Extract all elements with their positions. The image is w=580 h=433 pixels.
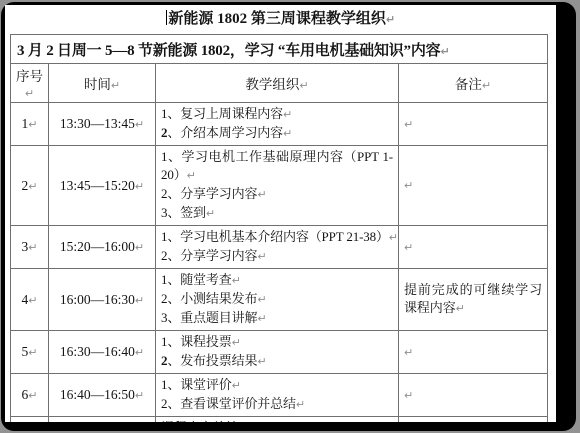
table-row: 6↵16:40—16:50↵1、课堂评价↵2、查看课堂评价并总结↵↵ — [11, 374, 548, 417]
table-row: 7↵16:50—17:00↵课程内容总结↵↵ — [11, 417, 548, 423]
text-line: 2、分享学习内容↵ — [161, 247, 393, 266]
paragraph-mark-icon: ↵ — [28, 241, 37, 254]
header-label: 序号 — [16, 69, 43, 84]
subtitle-text: 3 月 2 日周一 5—8 节新能源 1802，学习 “车用电机基础知识”内容 — [17, 43, 440, 59]
cell-time[interactable]: 13:30—13:45↵ — [49, 103, 156, 146]
text-line: 3、签到↵ — [161, 204, 393, 223]
text-line: 2、发布投票结果↵ — [161, 352, 393, 371]
text-line: 2、分享学习内容↵ — [161, 185, 393, 204]
paragraph-mark-icon: ↵ — [456, 302, 465, 315]
subtitle-cell[interactable]: 3 月 2 日周一 5—8 节新能源 1802，学习 “车用电机基础知识”内容↵ — [11, 35, 548, 64]
doc-title-text: 新能源 1802 第三周课程教学组织 — [168, 11, 386, 27]
paragraph-mark-icon: ↵ — [299, 79, 308, 92]
text-line: 提前完成的可继续学习课程内容↵ — [404, 281, 542, 318]
paragraph-mark-icon: ↵ — [404, 179, 413, 192]
cell-serial-number[interactable]: 7↵ — [11, 417, 49, 423]
text-line: 3、重点题目讲解↵ — [161, 309, 393, 328]
header-label: 备注 — [455, 77, 482, 92]
paragraph-mark-icon: ↵ — [482, 79, 491, 92]
paragraph-mark-icon: ↵ — [135, 180, 144, 193]
doc-title-line[interactable]: 新能源 1802 第三周课程教学组织↵ — [5, 8, 556, 31]
cell-teaching-organization[interactable]: 1、复习上周课程内容↵2、介绍本周学习内容↵ — [156, 103, 399, 146]
text-line: 2、查看课堂评价并总结↵ — [161, 395, 393, 414]
header-label: 教学组织 — [245, 77, 299, 92]
cell-remark[interactable]: ↵ — [399, 374, 548, 417]
paragraph-mark-icon: ↵ — [28, 118, 37, 131]
header-cell-org[interactable]: 教学组织↵ — [156, 64, 399, 103]
text-line: 1、课程投票↵ — [161, 333, 393, 352]
cell-time[interactable]: 16:30—16:40↵ — [49, 331, 156, 374]
table-row: 4↵16:00—16:30↵1、随堂考查↵2、小测结果发布↵3、重点题目讲解↵提… — [11, 269, 548, 331]
text-line: 1、课堂评价↵ — [161, 376, 393, 395]
text-line: ↵ — [404, 176, 542, 195]
text-line: 课程内容总结↵ — [161, 419, 393, 422]
text-line: 1、随堂考查↵ — [161, 271, 393, 290]
cell-remark[interactable]: ↵ — [399, 146, 548, 226]
table-row: 5↵16:30—16:40↵1、课程投票↵2、发布投票结果↵↵ — [11, 331, 548, 374]
paragraph-mark-icon: ↵ — [386, 13, 395, 26]
cell-teaching-organization[interactable]: 1、学习电机工作基础原理内容（PPT 1-20）↵2、分享学习内容↵3、签到↵ — [156, 146, 399, 226]
subtitle-row: 3 月 2 日周一 5—8 节新能源 1802，学习 “车用电机基础知识”内容↵ — [11, 35, 548, 64]
cell-serial-number[interactable]: 2↵ — [11, 146, 49, 226]
paragraph-mark-icon: ↵ — [404, 118, 413, 131]
header-cell-remark[interactable]: 备注↵ — [399, 64, 548, 103]
cell-remark[interactable]: ↵ — [399, 331, 548, 374]
paragraph-mark-icon: ↵ — [111, 79, 120, 92]
paragraph-mark-icon: ↵ — [135, 346, 144, 359]
cell-teaching-organization[interactable]: 1、随堂考查↵2、小测结果发布↵3、重点题目讲解↵ — [156, 269, 399, 331]
paragraph-mark-icon: ↵ — [25, 87, 34, 100]
cell-time[interactable]: 15:20—16:00↵ — [49, 226, 156, 269]
cell-serial-number[interactable]: 4↵ — [11, 269, 49, 331]
schedule-body: 1↵13:30—13:45↵1、复习上周课程内容↵2、介绍本周学习内容↵↵2↵1… — [11, 103, 548, 423]
text-line: 1、复习上周课程内容↵ — [161, 105, 393, 124]
cell-time[interactable]: 16:00—16:30↵ — [49, 269, 156, 331]
screenshot-root: { "page": { "title": "新能源 1802 第三周课程教学组织… — [0, 0, 580, 433]
paragraph-mark-icon: ↵ — [404, 241, 413, 254]
cell-serial-number[interactable]: 5↵ — [11, 331, 49, 374]
cell-time[interactable]: 13:45—15:20↵ — [49, 146, 156, 226]
cell-remark[interactable]: 提前完成的可继续学习课程内容↵ — [399, 269, 548, 331]
paragraph-mark-icon: ↵ — [135, 389, 144, 402]
header-label: 时间 — [84, 77, 111, 92]
paragraph-mark-icon: ↵ — [135, 118, 144, 131]
cell-time[interactable]: 16:50—17:00↵ — [49, 417, 156, 423]
paragraph-mark-icon: ↵ — [404, 389, 413, 402]
text-line: 2、小测结果发布↵ — [161, 290, 393, 309]
text-line: 1、学习电机基本介绍内容（PPT 21-38）↵ — [161, 228, 393, 247]
cell-teaching-organization[interactable]: 1、学习电机基本介绍内容（PPT 21-38）↵2、分享学习内容↵ — [156, 226, 399, 269]
text-line: ↵ — [404, 419, 542, 422]
schedule-table: 3 月 2 日周一 5—8 节新能源 1802，学习 “车用电机基础知识”内容↵… — [10, 34, 548, 422]
cell-remark[interactable]: ↵ — [399, 103, 548, 146]
text-line: ↵ — [404, 386, 542, 405]
text-line: ↵ — [404, 238, 542, 257]
document-page[interactable]: 新能源 1802 第三周课程教学组织↵ 3 月 2 日周一 5—8 节新能源 1… — [5, 5, 556, 422]
table-row: 2↵13:45—15:20↵1、学习电机工作基础原理内容（PPT 1-20）↵2… — [11, 146, 548, 226]
paragraph-mark-icon: ↵ — [404, 346, 413, 359]
table-row: 1↵13:30—13:45↵1、复习上周课程内容↵2、介绍本周学习内容↵↵ — [11, 103, 548, 146]
paragraph-mark-icon: ↵ — [135, 241, 144, 254]
cell-serial-number[interactable]: 1↵ — [11, 103, 49, 146]
cell-teaching-organization[interactable]: 1、课堂评价↵2、查看课堂评价并总结↵ — [156, 374, 399, 417]
cell-teaching-organization[interactable]: 1、课程投票↵2、发布投票结果↵ — [156, 331, 399, 374]
cell-remark[interactable]: ↵ — [399, 226, 548, 269]
screenshot-frame: 新能源 1802 第三周课程教学组织↵ 3 月 2 日周一 5—8 节新能源 1… — [1, 2, 576, 431]
paragraph-mark-icon: ↵ — [440, 45, 449, 58]
text-line: ↵ — [404, 343, 542, 362]
paragraph-mark-icon: ↵ — [28, 346, 37, 359]
cell-serial-number[interactable]: 6↵ — [11, 374, 49, 417]
text-line: 1、学习电机工作基础原理内容（PPT 1-20）↵ — [161, 148, 393, 185]
paragraph-mark-icon: ↵ — [28, 180, 37, 193]
header-row: 序号↵ 时间↵ 教学组织↵ 备注↵ — [11, 64, 548, 103]
paragraph-mark-icon: ↵ — [28, 389, 37, 402]
text-line: 2、介绍本周学习内容↵ — [161, 124, 393, 143]
table-row: 3↵15:20—16:00↵1、学习电机基本介绍内容（PPT 21-38）↵2、… — [11, 226, 548, 269]
header-cell-time[interactable]: 时间↵ — [49, 64, 156, 103]
cell-time[interactable]: 16:40—16:50↵ — [49, 374, 156, 417]
header-cell-no[interactable]: 序号↵ — [11, 64, 49, 103]
paragraph-mark-icon: ↵ — [135, 294, 144, 307]
text-line: ↵ — [404, 115, 542, 134]
paragraph-mark-icon: ↵ — [28, 294, 37, 307]
cell-remark[interactable]: ↵ — [399, 417, 548, 423]
cell-serial-number[interactable]: 3↵ — [11, 226, 49, 269]
cell-teaching-organization[interactable]: 课程内容总结↵ — [156, 417, 399, 423]
